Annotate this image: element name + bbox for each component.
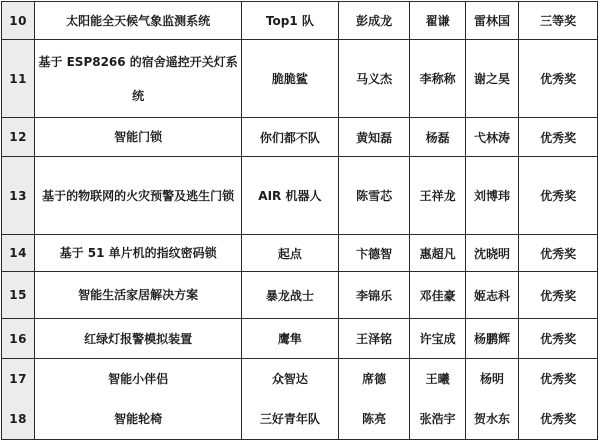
table-row: 16红绿灯报警模拟装置鹰隼王泽铭许宝成杨鹏辉优秀奖: [2, 319, 598, 359]
team-name-cell: AIR 机器人: [241, 157, 338, 235]
member-2-cell: 翟谦: [410, 2, 465, 40]
award-cell: 优秀奖: [519, 157, 598, 235]
member-2-cell: 王曦: [410, 359, 465, 399]
award-cell: 优秀奖: [519, 235, 598, 272]
row-number-cell: 14: [2, 235, 35, 272]
team-name-cell: 你们都不队: [241, 118, 338, 157]
team-name-cell: Top1 队: [241, 2, 338, 40]
member-3-cell: 沈晓明: [465, 235, 518, 272]
table-row: 15智能生活家居解决方案暴龙战士李锦乐邓佳豪姬志科优秀奖: [2, 272, 598, 319]
member-3-cell: 弋林涛: [465, 118, 518, 157]
member-1-cell: 卞德智: [338, 235, 410, 272]
project-name-cell: 基于 51 单片机的指纹密码锁: [35, 235, 242, 272]
member-1-cell: 彭成龙: [338, 2, 410, 40]
team-name-cell: 脆脆鲨: [241, 40, 338, 118]
member-3-cell: 雷林国: [465, 2, 518, 40]
member-2-cell: 张浩宇: [410, 399, 465, 440]
document-page: 10太阳能全天候气象监测系统Top1 队彭成龙翟谦雷林国三等奖11基于 ESP8…: [0, 1, 600, 443]
row-number-cell: 10: [2, 2, 35, 40]
row-number-cell: 11: [2, 40, 35, 118]
team-name-cell: 三好青年队: [241, 399, 338, 440]
member-3-cell: 杨鹏辉: [465, 319, 518, 359]
team-name-cell: 众智达: [241, 359, 338, 399]
member-3-cell: 贺水东: [465, 399, 518, 440]
row-number-cell: 12: [2, 118, 35, 157]
member-3-cell: 姬志科: [465, 272, 518, 319]
table-row: 14基于 51 单片机的指纹密码锁起点卞德智惠超凡沈晓明优秀奖: [2, 235, 598, 272]
member-3-cell: 杨明: [465, 359, 518, 399]
member-1-cell: 席德: [338, 359, 410, 399]
table-row: 12智能门锁你们都不队黄知磊杨磊弋林涛优秀奖: [2, 118, 598, 157]
table-row: 10太阳能全天候气象监测系统Top1 队彭成龙翟谦雷林国三等奖: [2, 2, 598, 40]
row-number-cell: 16: [2, 319, 35, 359]
row-number-cell: 15: [2, 272, 35, 319]
table-row: 18智能轮椅三好青年队陈亮张浩宇贺水东优秀奖: [2, 399, 598, 440]
table-row: 11基于 ESP8266 的宿舍遥控开关灯系统脆脆鲨马义杰李称称谢之昊优秀奖: [2, 40, 598, 118]
member-1-cell: 陈亮: [338, 399, 410, 440]
team-name-cell: 暴龙战士: [241, 272, 338, 319]
member-1-cell: 陈雪芯: [338, 157, 410, 235]
member-2-cell: 杨磊: [410, 118, 465, 157]
project-name-cell: 太阳能全天候气象监测系统: [35, 2, 242, 40]
award-cell: 优秀奖: [519, 118, 598, 157]
award-cell: 优秀奖: [519, 319, 598, 359]
award-cell: 优秀奖: [519, 399, 598, 440]
project-name-cell: 智能轮椅: [35, 399, 242, 440]
member-3-cell: 刘博玮: [465, 157, 518, 235]
member-1-cell: 李锦乐: [338, 272, 410, 319]
project-name-cell: 基于 ESP8266 的宿舍遥控开关灯系统: [35, 40, 242, 118]
member-1-cell: 马义杰: [338, 40, 410, 118]
project-name-cell: 智能门锁: [35, 118, 242, 157]
row-number-cell: 13: [2, 157, 35, 235]
project-name-cell: 基于的物联网的火灾预警及逃生门锁: [35, 157, 242, 235]
project-name-cell: 智能小伴侣: [35, 359, 242, 399]
project-name-cell: 智能生活家居解决方案: [35, 272, 242, 319]
member-1-cell: 王泽铭: [338, 319, 410, 359]
member-2-cell: 李称称: [410, 40, 465, 118]
award-cell: 优秀奖: [519, 359, 598, 399]
member-2-cell: 邓佳豪: [410, 272, 465, 319]
table-row: 13基于的物联网的火灾预警及逃生门锁AIR 机器人陈雪芯王祥龙刘博玮优秀奖: [2, 157, 598, 235]
team-name-cell: 起点: [241, 235, 338, 272]
member-1-cell: 黄知磊: [338, 118, 410, 157]
member-3-cell: 谢之昊: [465, 40, 518, 118]
table-row: 17智能小伴侣众智达席德王曦杨明优秀奖: [2, 359, 598, 399]
team-name-cell: 鹰隼: [241, 319, 338, 359]
project-name-cell: 红绿灯报警模拟装置: [35, 319, 242, 359]
member-2-cell: 许宝成: [410, 319, 465, 359]
member-2-cell: 王祥龙: [410, 157, 465, 235]
member-2-cell: 惠超凡: [410, 235, 465, 272]
award-cell: 三等奖: [519, 2, 598, 40]
award-cell: 优秀奖: [519, 272, 598, 319]
row-number-cell: 18: [2, 399, 35, 440]
award-cell: 优秀奖: [519, 40, 598, 118]
row-number-cell: 17: [2, 359, 35, 399]
awards-table: 10太阳能全天候气象监测系统Top1 队彭成龙翟谦雷林国三等奖11基于 ESP8…: [1, 1, 598, 440]
